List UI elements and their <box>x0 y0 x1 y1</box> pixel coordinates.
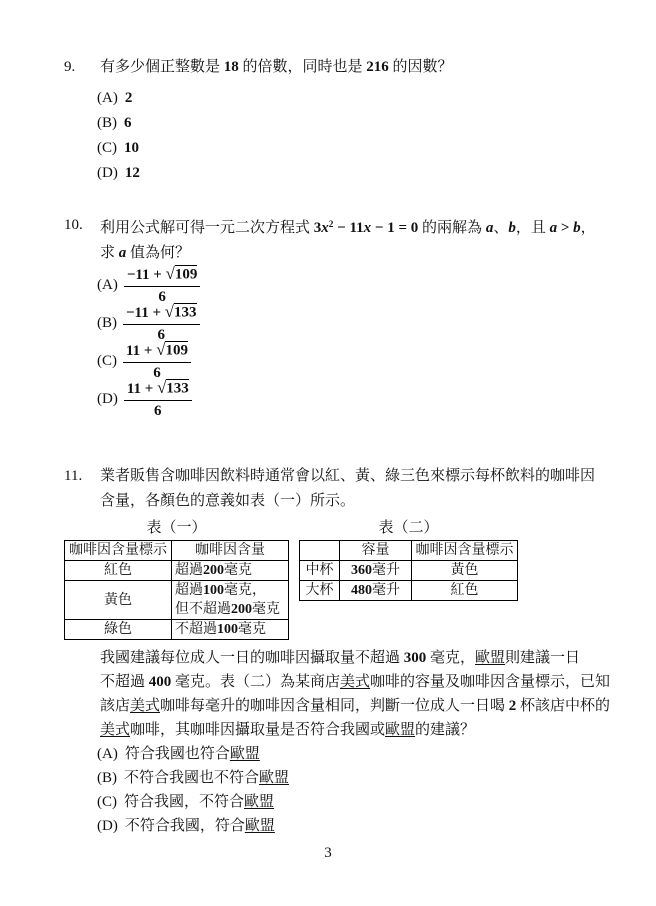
table-cell: 紅色 <box>412 581 518 601</box>
table-one-block: 表（一） 咖啡因含量標示 咖啡因含量 紅色 超過200毫克 黃色 超過100毫克… <box>64 518 289 640</box>
question-11-text-line-1: 業者販售含咖啡因飲料時通常會以紅、黃、綠三色來標示每杯飲料的咖啡因 <box>100 464 656 489</box>
table-row: 咖啡因含量標示 咖啡因含量 <box>65 541 289 561</box>
radical-sign: √ <box>166 264 175 283</box>
table-row: 綠色 不超過100毫克 <box>65 620 289 640</box>
radical-sign: √ <box>157 378 166 397</box>
option-text: 10 <box>124 140 139 156</box>
radicand: 133 <box>166 379 189 397</box>
option-label: (D) <box>97 387 118 412</box>
option-text: 符合我國也符合歐盟 <box>125 746 260 762</box>
table-cell: 綠色 <box>65 620 172 640</box>
option-text: 符合我國，不符合歐盟 <box>124 794 274 810</box>
question-10-text-line-1: 利用公式解可得一元二次方程式 3x2 − 11x − 1 = 0 的兩解為 a、… <box>100 213 656 241</box>
fraction: 11 + √109 6 <box>123 341 191 382</box>
table-cell: 超過100毫克，但不超過200毫克 <box>172 581 289 620</box>
table-cell: 黃色 <box>65 581 172 620</box>
table-row: 容量 咖啡因含量標示 <box>300 541 518 561</box>
option-11-a: (A)符合我國也符合歐盟 <box>97 742 656 766</box>
table-row: 黃色 超過100毫克，但不超過200毫克 <box>65 581 289 620</box>
question-11-continued: 我國建議每位成人一日的咖啡因攝取量不超過 300 毫克，歐盟則建議一日 不超過 … <box>64 646 656 838</box>
table-row: 中杯 360毫升 黃色 <box>300 561 518 581</box>
question-9-options: (A)2 (B)6 (C)10 (D)12 <box>97 86 656 186</box>
tables-area: 表（一） 咖啡因含量標示 咖啡因含量 紅色 超過200毫克 黃色 超過100毫克… <box>64 518 656 640</box>
fraction-numerator: −11 + √133 <box>123 303 200 325</box>
table-cell: 480毫升 <box>340 581 412 601</box>
table-cell: 360毫升 <box>340 561 412 581</box>
page-number: 3 <box>0 845 656 862</box>
radicand: 109 <box>175 265 198 283</box>
fraction-numerator: −11 + √109 <box>124 265 201 287</box>
option-label: (A) <box>97 273 118 298</box>
option-9-b: (B)6 <box>97 111 656 136</box>
option-9-c: (C)10 <box>97 136 656 161</box>
question-11-text-line-2: 含量，各顏色的意義如表（一）所示。 <box>100 489 656 514</box>
option-label: (B) <box>97 115 117 131</box>
question-11: 11. 業者販售含咖啡因飲料時通常會以紅、黃、綠三色來標示每杯飲料的咖啡因 含量… <box>64 464 656 514</box>
option-label: (B) <box>97 770 117 786</box>
option-text: 不符合我國也不符合歐盟 <box>124 770 289 786</box>
option-label: (C) <box>97 349 117 374</box>
table-header-cell: 咖啡因含量 <box>172 541 289 561</box>
table-header-cell: 咖啡因含量標示 <box>65 541 172 561</box>
table-header-cell: 咖啡因含量標示 <box>412 541 518 561</box>
fraction: −11 + √133 6 <box>123 303 200 344</box>
table-one-title: 表（一） <box>64 518 289 538</box>
table-cell: 黃色 <box>412 561 518 581</box>
question-10-number: 10. <box>64 213 100 266</box>
option-9-a: (A)2 <box>97 86 656 111</box>
table-two: 容量 咖啡因含量標示 中杯 360毫升 黃色 大杯 480毫升 紅色 <box>299 540 518 601</box>
exam-page: 9. 有多少個正整數是 18 的倍數，同時也是 216 的因數？ (A)2 (B… <box>0 0 656 906</box>
fraction: −11 + √109 6 <box>124 265 201 306</box>
option-11-d: (D)不符合我國，符合歐盟 <box>97 814 656 838</box>
option-text: 不符合我國，符合歐盟 <box>125 818 275 834</box>
option-10-c: (C) 11 + √109 6 <box>97 342 656 380</box>
option-11-b: (B)不符合我國也不符合歐盟 <box>97 766 656 790</box>
paragraph-line: 我國建議每位成人一日的咖啡因攝取量不超過 300 毫克，歐盟則建議一日 <box>100 646 656 670</box>
table-two-block: 表（二） 容量 咖啡因含量標示 中杯 360毫升 黃色 大杯 480毫升 紅色 <box>299 518 518 601</box>
table-header-cell <box>300 541 340 561</box>
option-label: (A) <box>97 746 118 762</box>
paragraph-line: 不超過 400 毫克。表（二）為某商店美式咖啡的容量及咖啡因含量標示，已知 <box>100 670 656 694</box>
question-9-number: 9. <box>64 55 100 80</box>
question-11-paragraph: 我國建議每位成人一日的咖啡因攝取量不超過 300 毫克，歐盟則建議一日 不超過 … <box>100 646 656 742</box>
fraction-numerator: 11 + √133 <box>124 379 192 401</box>
table-header-cell: 容量 <box>340 541 412 561</box>
question-10-options: (A) −11 + √109 6 (B) −11 + √133 6 (C) 11… <box>97 266 656 418</box>
fraction-numerator: 11 + √109 <box>123 341 191 363</box>
radicand: 133 <box>174 303 197 321</box>
option-label: (D) <box>97 818 118 834</box>
option-label: (C) <box>97 794 117 810</box>
fraction-denominator: 6 <box>124 401 192 420</box>
option-label: (A) <box>97 90 118 106</box>
radical-sign: √ <box>165 302 174 321</box>
paragraph-line: 該店美式咖啡每毫升的咖啡因含量相同，判斷一位成人一日喝 2 杯該店中杯的 <box>100 694 656 718</box>
table-row: 大杯 480毫升 紅色 <box>300 581 518 601</box>
option-label: (B) <box>97 311 117 336</box>
table-row: 紅色 超過200毫克 <box>65 561 289 581</box>
option-10-b: (B) −11 + √133 6 <box>97 304 656 342</box>
question-11-number: 11. <box>64 464 100 514</box>
question-9: 9. 有多少個正整數是 18 的倍數，同時也是 216 的因數？ (A)2 (B… <box>64 55 656 186</box>
table-cell: 超過200毫克 <box>172 561 289 581</box>
paragraph-line: 美式咖啡，其咖啡因攝取量是否符合我國或歐盟的建議？ <box>100 718 656 742</box>
option-text: 2 <box>125 90 133 106</box>
option-11-c: (C)符合我國，不符合歐盟 <box>97 790 656 814</box>
question-10-text-line-2: 求 a 值為何？ <box>100 241 656 266</box>
table-cell: 大杯 <box>300 581 340 601</box>
question-11-options: (A)符合我國也符合歐盟 (B)不符合我國也不符合歐盟 (C)符合我國，不符合歐… <box>97 742 656 838</box>
question-9-text: 有多少個正整數是 18 的倍數，同時也是 216 的因數？ <box>100 55 656 80</box>
option-9-d: (D)12 <box>97 161 656 186</box>
fraction: 11 + √133 6 <box>124 379 192 420</box>
table-cell: 紅色 <box>65 561 172 581</box>
option-text: 6 <box>124 115 132 131</box>
radicand: 109 <box>165 341 188 359</box>
option-10-d: (D) 11 + √133 6 <box>97 380 656 418</box>
table-two-title: 表（二） <box>299 518 518 538</box>
table-one: 咖啡因含量標示 咖啡因含量 紅色 超過200毫克 黃色 超過100毫克，但不超過… <box>64 540 289 640</box>
table-cell: 中杯 <box>300 561 340 581</box>
option-label: (D) <box>97 165 118 181</box>
table-cell: 不超過100毫克 <box>172 620 289 640</box>
option-text: 12 <box>125 165 140 181</box>
option-label: (C) <box>97 140 117 156</box>
option-10-a: (A) −11 + √109 6 <box>97 266 656 304</box>
question-10: 10. 利用公式解可得一元二次方程式 3x2 − 11x − 1 = 0 的兩解… <box>64 213 656 418</box>
